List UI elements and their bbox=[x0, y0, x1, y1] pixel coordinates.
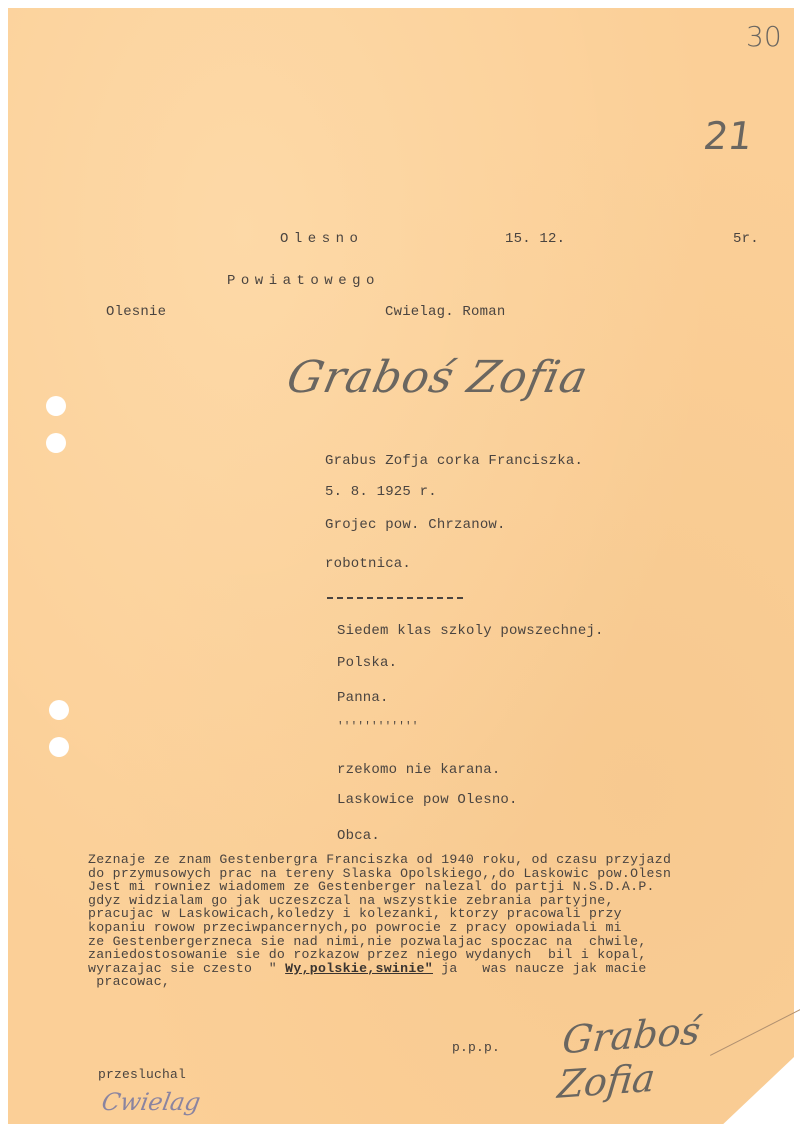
testimony-line: pracujac w Laskowicach,koledzy i kolezan… bbox=[88, 907, 800, 921]
field-marital-status: Panna. bbox=[337, 691, 389, 705]
page-number-annotation: 30 bbox=[746, 20, 782, 53]
field-placeholder-marks: '''''''''''' bbox=[337, 722, 419, 733]
field-relation: Obca. bbox=[337, 829, 380, 843]
header-office: Powiatowego bbox=[227, 274, 380, 288]
testimony-line-quote: wyrazajac sie czesto " Wy,polskie,swinie… bbox=[88, 962, 800, 976]
punch-hole-4 bbox=[49, 737, 69, 757]
punch-hole-2 bbox=[46, 433, 66, 453]
interviewer-signature: Cwielag bbox=[100, 1088, 203, 1116]
header-year: 5r. bbox=[733, 232, 759, 246]
testimony-line: Zeznaje ze znam Gestenbergra Franciszka … bbox=[88, 853, 800, 867]
testimony-line: gdyz widzialam go jak uczeszczal na wszy… bbox=[88, 894, 800, 908]
quote-suffix: ja was naucze jak macie bbox=[433, 961, 647, 976]
quoted-phrase: Wy,polskie,swinie" bbox=[285, 961, 433, 976]
field-birth-place: Grojec pow. Chrzanow. bbox=[325, 518, 506, 532]
witness-signature: Graboś Zofia bbox=[556, 1001, 800, 1107]
field-criminal-record: rzekomo nie karana. bbox=[337, 763, 500, 777]
header-place: Olesno bbox=[280, 232, 363, 246]
field-education: Siedem klas szkoly powszechnej. bbox=[337, 624, 604, 638]
testimony-line: Jest mi rowniez wiadomem ze Gestenberger… bbox=[88, 880, 800, 894]
testimony-line: ze Gestenbergerzneca sie nad nimi,nie po… bbox=[88, 935, 800, 949]
separator-dashes bbox=[327, 597, 463, 599]
testimony-line: do przymusowych prac na tereny Slaska Op… bbox=[88, 867, 800, 881]
field-residence: Laskowice pow Olesno. bbox=[337, 793, 518, 807]
field-occupation: robotnica. bbox=[325, 557, 411, 571]
handwritten-name: Graboś Zofia bbox=[283, 352, 593, 403]
punch-hole-1 bbox=[46, 396, 66, 416]
header-officer: Cwielag. Roman bbox=[385, 305, 505, 319]
header-date: 15. 12. bbox=[505, 232, 565, 246]
field-nationality: Polska. bbox=[337, 656, 397, 670]
testimony-paragraph: Zeznaje ze znam Gestenbergra Franciszka … bbox=[88, 853, 800, 989]
field-name: Grabus Zofja corka Franciszka. bbox=[325, 454, 583, 468]
testimony-line: zaniedostosowanie sie do rozkazow przez … bbox=[88, 948, 800, 962]
ppp-mark: p.p.p. bbox=[452, 1041, 500, 1054]
folio-number-annotation: 21 bbox=[701, 114, 756, 158]
testimony-line: kopaniu rowow przeciwpancernych,po powro… bbox=[88, 921, 800, 935]
field-birth-date: 5. 8. 1925 r. bbox=[325, 485, 437, 499]
interviewed-by-label: przesluchal bbox=[98, 1068, 186, 1081]
punch-hole-3 bbox=[49, 700, 69, 720]
testimony-final-line: pracowac, bbox=[88, 975, 800, 989]
header-office-location: Olesnie bbox=[106, 305, 166, 319]
